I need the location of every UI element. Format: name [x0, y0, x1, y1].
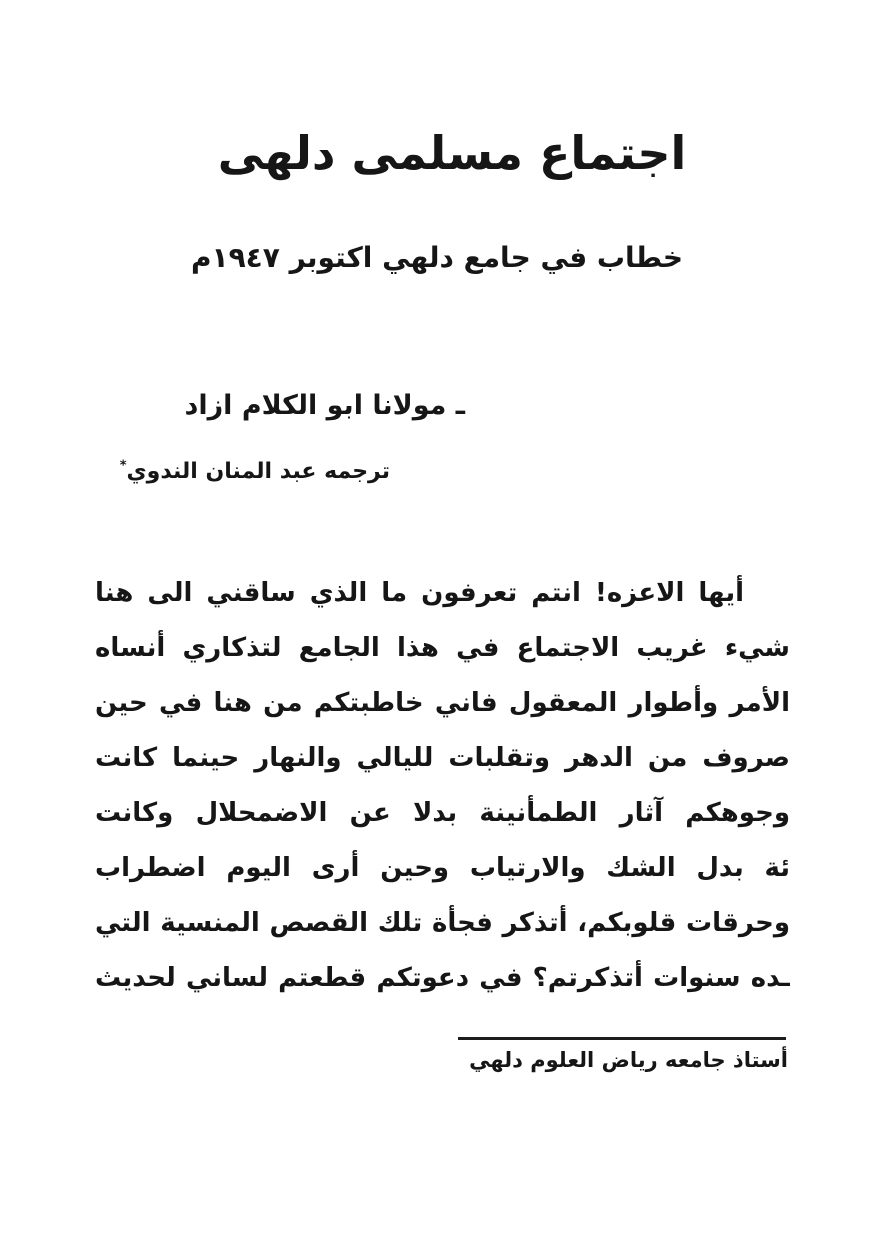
body-line-7: وحرقات قلوبكم، أتذكر فجأة تلك القصص المن… — [95, 896, 790, 951]
footnote-divider — [458, 1037, 786, 1040]
page-title: اجتماع مسلمى دلهى — [15, 126, 874, 180]
body-line-2: شيء غريب الاجتماع في هذا الجامع لتذكاري … — [95, 621, 790, 676]
footnote-marker: * — [120, 459, 127, 474]
translator-line: ترجمه عبد المنان الندوي* — [120, 459, 390, 484]
document-page: اجتماع مسلمى دلهى خطاب في جامع دلهي اكتو… — [0, 0, 874, 1242]
body-line-6: ئة بدل الشك والارتياب وحين أرى اليوم اضط… — [95, 841, 790, 896]
body-line-8: ـده سنوات أتذكرتم؟ في دعوتكم قطعتم لساني… — [95, 951, 790, 1006]
body-line-4: صروف من الدهر وتقلبات لليالي والنهار حين… — [95, 731, 790, 786]
body-line-1: أيها الاعزه! انتم تعرفون ما الذي ساقني ا… — [95, 566, 790, 621]
author-line: ـ مولانا ابو الكلام ازاد — [185, 390, 465, 421]
subtitle: خطاب في جامع دلهي اكتوبر ١٩٤٧م — [0, 241, 874, 274]
footnote-text: أستاذ جامعه رياض العلوم دلهي — [469, 1048, 788, 1072]
translator-text: ترجمه عبد المنان الندوي — [127, 459, 390, 484]
body-line-3: الأمر وأطوار المعقول فاني خاطبتكم من هنا… — [95, 676, 790, 731]
body-paragraph: أيها الاعزه! انتم تعرفون ما الذي ساقني ا… — [95, 566, 790, 1006]
body-line-5: وجوهكم آثار الطمأنينة بدلا عن الاضمحلال … — [95, 786, 790, 841]
